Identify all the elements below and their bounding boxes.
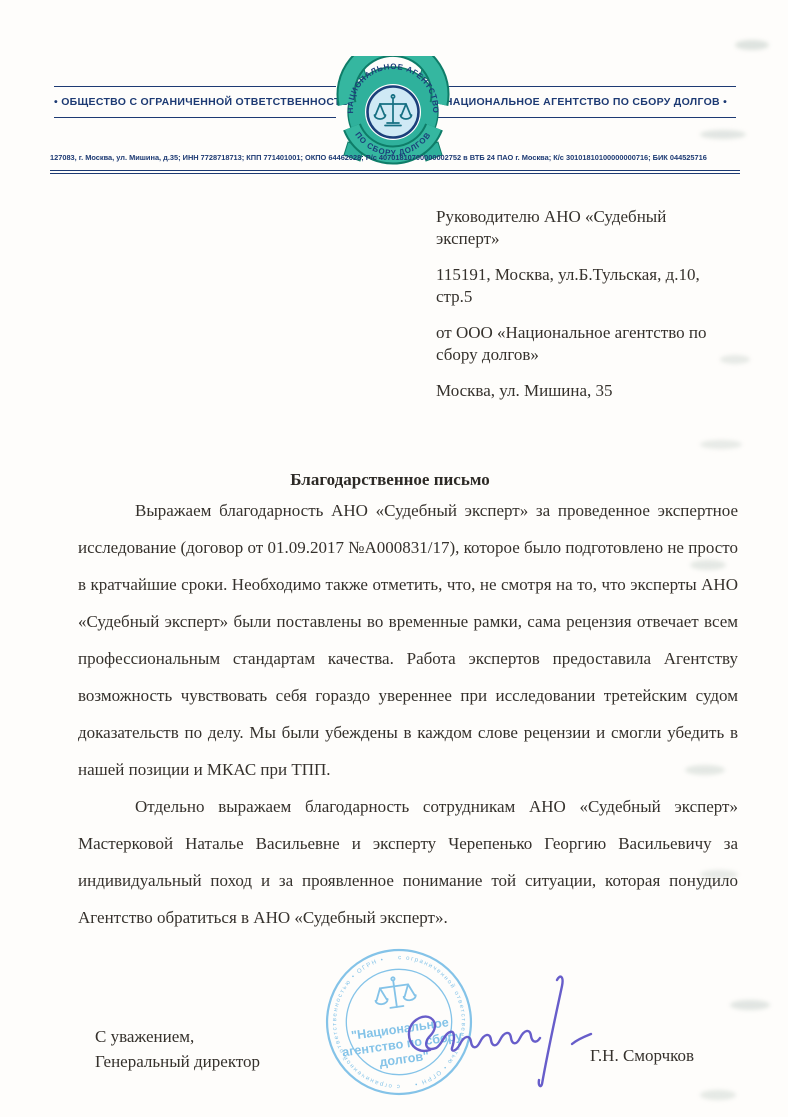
bullet-right: • [723, 96, 727, 108]
company-type-label: ОБЩЕСТВО С ОГРАНИЧЕННОЙ ОТВЕТСТВЕННОСТЬЮ [61, 96, 360, 108]
signature-tall-stroke [539, 977, 563, 1086]
requisites-line: 127083, г. Москва, ул. Мишина, д.35; ИНН… [50, 153, 740, 162]
recipient-to: Руководителю АНО «Судебный эксперт» [436, 206, 728, 250]
letterhead-company-type: • ОБЩЕСТВО С ОГРАНИЧЕННОЙ ОТВЕТСТВЕННОСТ… [54, 86, 336, 118]
recipient-address: 115191, Москва, ул.Б.Тульская, д.10, стр… [436, 264, 728, 308]
paragraph-2: Отдельно выражаем благодарность сотрудни… [78, 788, 738, 936]
letter-document: • ОБЩЕСТВО С ОГРАНИЧЕННОЙ ОТВЕТСТВЕННОСТ… [0, 0, 788, 1117]
signature-loops [409, 1017, 540, 1051]
recipient-block: Руководителю АНО «Судебный эксперт» 1151… [436, 206, 728, 416]
sender-from: от ООО «Национальное агентство по сбору … [436, 322, 728, 366]
letter-body: Выражаем благодарность АНО «Судебный экс… [78, 492, 738, 936]
company-logo: НАЦИОНАЛЬНОЕ АГЕНТСТВО ПО СБОРУ ДОЛГОВ [328, 56, 458, 168]
signoff-block: С уважением, Генеральный директор [95, 1024, 260, 1074]
signer-name: Г.Н. Сморчков [590, 1046, 694, 1066]
scan-artifact [700, 130, 746, 139]
company-name-label: НАЦИОНАЛЬНОЕ АГЕНТСТВО ПО СБОРУ ДОЛГОВ [445, 96, 720, 108]
scan-artifact [730, 1000, 770, 1010]
paragraph-1: Выражаем благодарность АНО «Судебный экс… [78, 492, 738, 788]
letterhead-company-name: НАЦИОНАЛЬНОЕ АГЕНТСТВО ПО СБОРУ ДОЛГОВ • [436, 86, 736, 118]
letter-title: Благодарственное письмо [0, 470, 780, 490]
handwritten-signature [390, 972, 600, 1097]
scan-artifact [700, 1090, 736, 1100]
sender-address: Москва, ул. Мишина, 35 [436, 380, 728, 402]
scan-artifact [735, 40, 769, 50]
bullet-left: • [54, 96, 58, 108]
scan-artifact [700, 440, 742, 449]
signoff-line-2: Генеральный директор [95, 1049, 260, 1074]
signature-dash [572, 1034, 591, 1044]
signoff-line-1: С уважением, [95, 1024, 260, 1049]
header-divider [50, 170, 740, 174]
